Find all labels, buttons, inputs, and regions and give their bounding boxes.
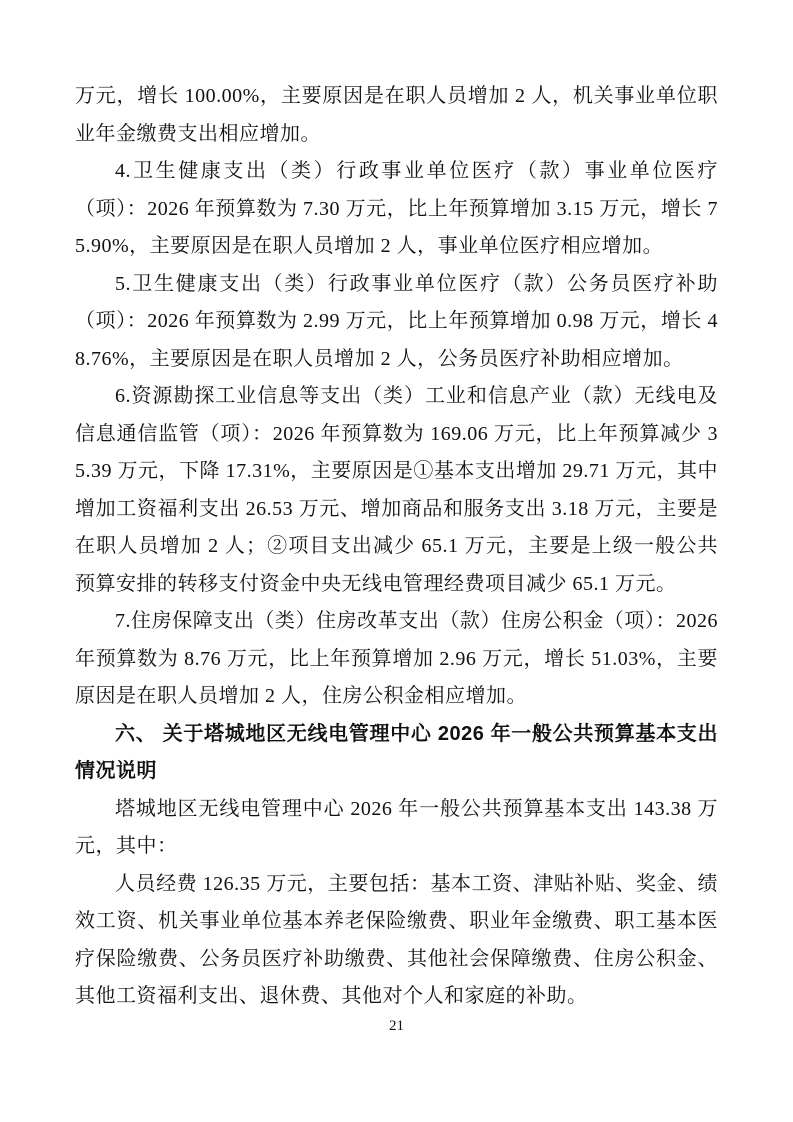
- paragraph-personnel-expense: 人员经费 126.35 万元，主要包括：基本工资、津贴补贴、奖金、绩效工资、机关…: [75, 866, 718, 1016]
- page-number: 21: [0, 1018, 793, 1035]
- paragraph-basic-expenditure-total: 塔城地区无线电管理中心 2026 年一般公共预算基本支出 143.38 万元，其…: [75, 791, 718, 866]
- paragraph-item-4: 4.卫生健康支出（类）行政事业单位医疗（款）事业单位医疗（项）：2026 年预算…: [75, 153, 718, 266]
- page-content: 万元，增长 100.00%，主要原因是在职人员增加 2 人，机关事业单位职业年金…: [75, 78, 718, 1016]
- section-heading-six: 六、 关于塔城地区无线电管理中心 2026 年一般公共预算基本支出情况说明: [75, 716, 718, 791]
- document-page: 万元，增长 100.00%，主要原因是在职人员增加 2 人，机关事业单位职业年金…: [0, 0, 793, 1122]
- paragraph-item-5: 5.卫生健康支出（类）行政事业单位医疗（款）公务员医疗补助（项）：2026 年预…: [75, 266, 718, 379]
- paragraph-continuation: 万元，增长 100.00%，主要原因是在职人员增加 2 人，机关事业单位职业年金…: [75, 78, 718, 153]
- paragraph-item-7: 7.住房保障支出（类）住房改革支出（款）住房公积金（项）：2026 年预算数为 …: [75, 603, 718, 716]
- paragraph-item-6: 6.资源勘探工业信息等支出（类）工业和信息产业（款）无线电及信息通信监管（项）：…: [75, 378, 718, 603]
